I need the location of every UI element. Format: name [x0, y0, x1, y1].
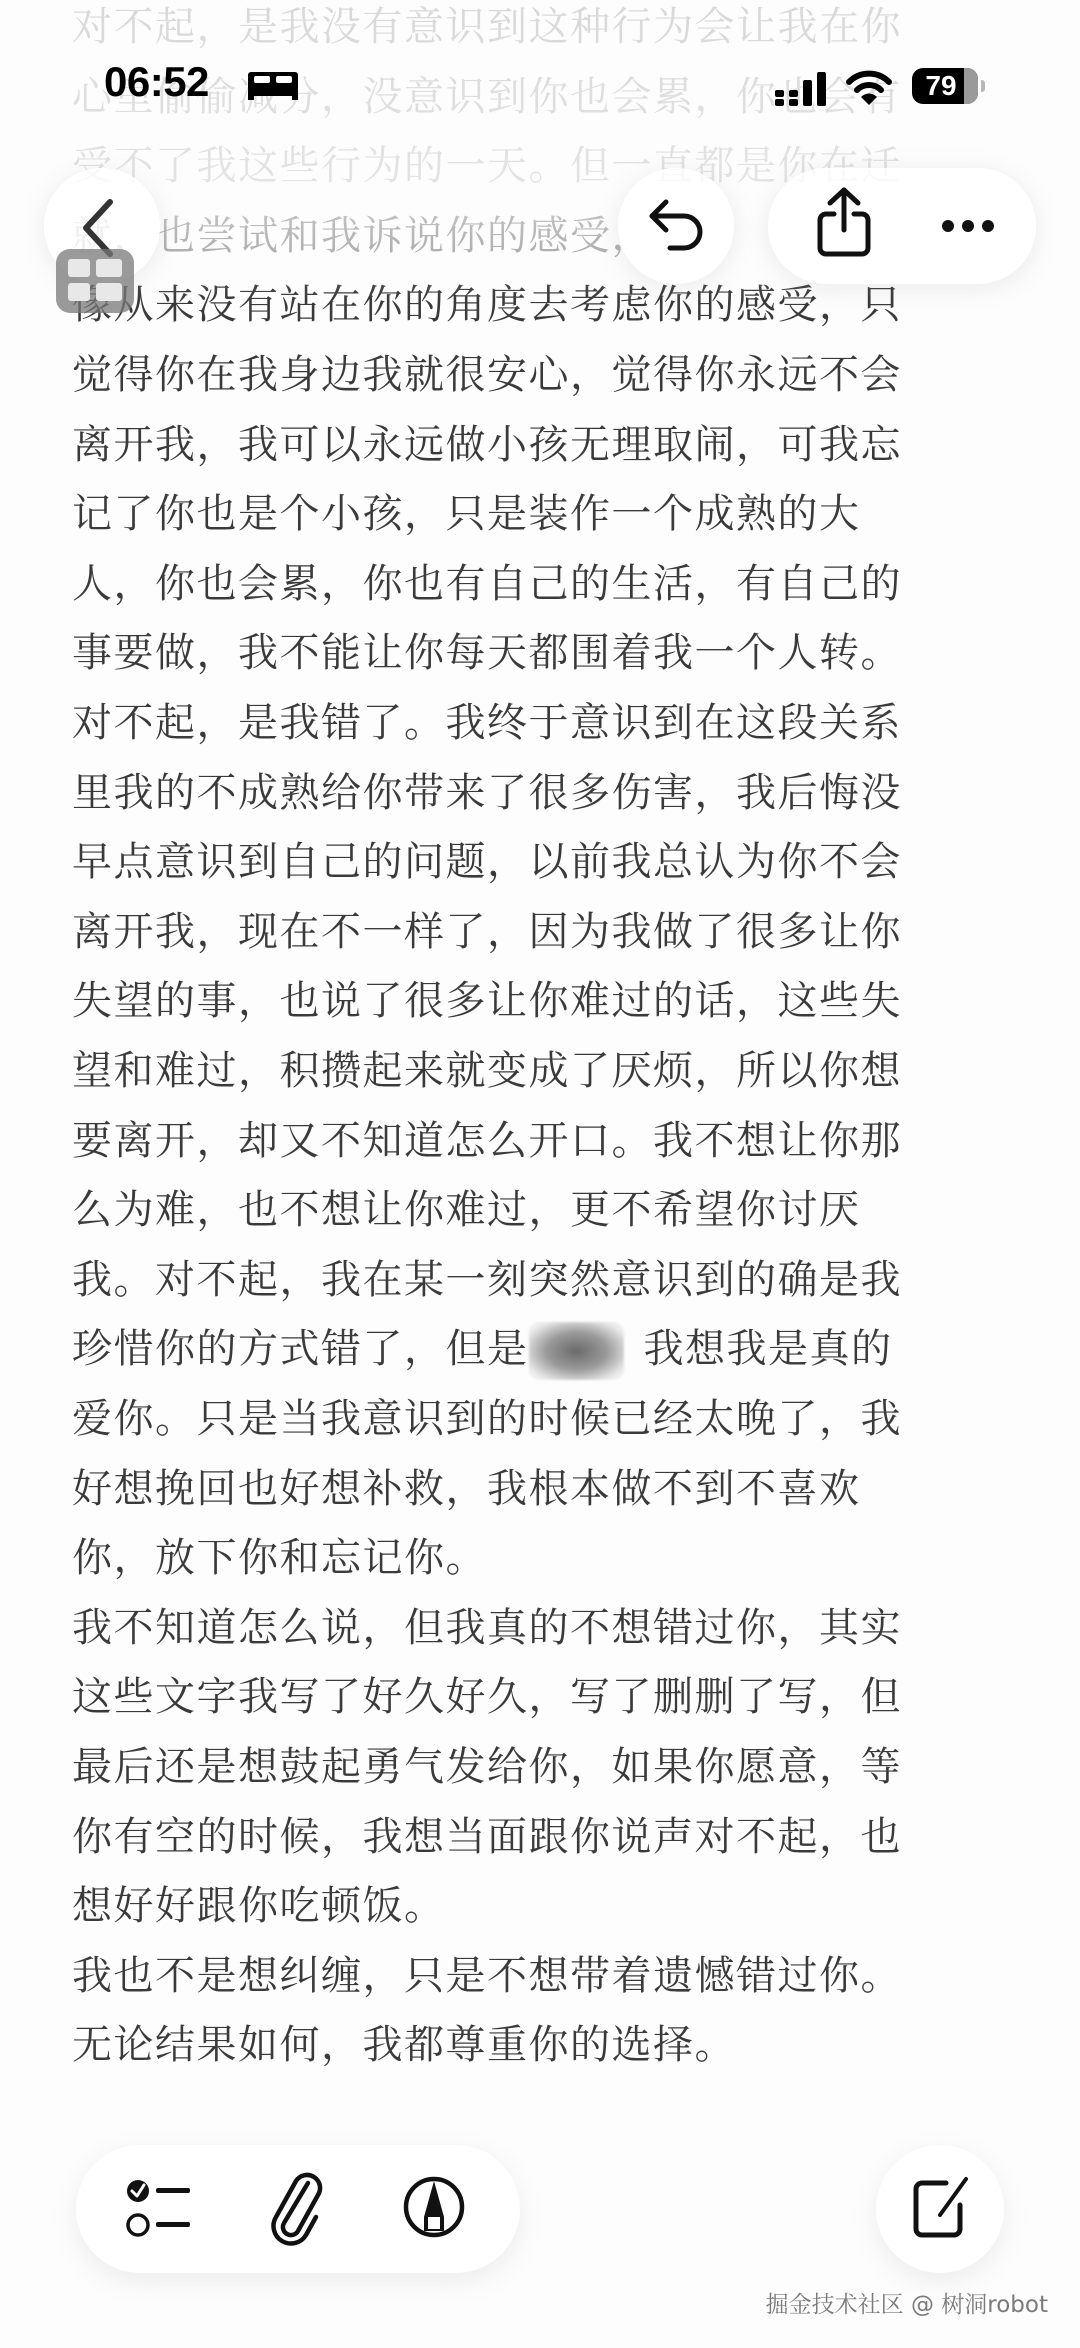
note-line-text: 好想挽回也好想补救，我根本做不到不喜欢	[72, 1466, 861, 1512]
compose-button[interactable]	[876, 2145, 1004, 2273]
note-line-text: 想好好跟你吃顿饭。	[72, 1883, 446, 1929]
battery-level: 79	[925, 70, 956, 101]
note-line-text: 无论结果如何，我都尊重你的选择。	[72, 2022, 736, 2068]
battery-tip	[981, 80, 985, 92]
note-line-text: 人，你也会累，你也有自己的生活，有自己的	[72, 561, 902, 607]
note-line: 爱你。只是当我意识到的时候已经太晚了，我	[72, 1384, 902, 1454]
note-line: 好想挽回也好想补救，我根本做不到不喜欢	[72, 1454, 861, 1524]
checklist-button[interactable]	[96, 2169, 206, 2249]
note-line-text: 早点意识到自己的问题，以前我总认为你不会	[72, 839, 902, 885]
note-line: 最后还是想鼓起勇气发给你，如果你愿意，等	[72, 1732, 902, 1802]
note-line-text: 我。对不起，我在某一刻突然意识到的确是我	[72, 1257, 902, 1303]
note-line-text: 么为难，也不想让你难过，更不希望你讨厌	[72, 1187, 861, 1233]
battery-indicator: 79	[912, 68, 978, 104]
note-line: 离开我，我可以永远做小孩无理取闹，可我忘	[72, 410, 902, 480]
floating-window-badge[interactable]	[56, 249, 134, 313]
note-line-text: 望和难过，积攒起来就变成了厌烦，所以你想	[72, 1048, 902, 1094]
note-line: 你，放下你和忘记你。	[72, 1523, 487, 1593]
note-line: 对不起，是我错了。我终于意识到在这段关系	[72, 688, 902, 758]
watermark: 掘金技术社区 @ 树洞robot	[766, 2286, 1048, 2319]
note-line: 你有空的时候，我想当面跟你说声对不起，也	[72, 1802, 902, 1872]
note-line: 我也不是想纠缠，只是不想带着遗憾错过你。	[72, 1941, 902, 2011]
share-icon	[816, 186, 872, 258]
status-bar: 06:52 79	[0, 58, 1080, 118]
note-line-text: 最后还是想鼓起勇气发给你，如果你愿意，等	[72, 1744, 902, 1790]
note-line: 我不知道怎么说，但我真的不想错过你，其实	[72, 1593, 902, 1663]
undo-button[interactable]	[618, 168, 734, 284]
note-line: 早点意识到自己的问题，以前我总认为你不会	[72, 827, 902, 897]
paperclip-icon	[268, 2171, 324, 2247]
note-line-text: 里我的不成熟给你带来了很多伤害，我后悔没	[72, 770, 902, 816]
note-line-text: 受不了我这些行为的一天。但一直都是你在迁	[72, 143, 902, 189]
note-line: 里我的不成熟给你带来了很多伤害，我后悔没	[72, 758, 902, 828]
pen-markup-icon	[402, 2173, 466, 2241]
note-line: 失望的事，也说了很多让你难过的话，这些失	[72, 966, 902, 1036]
note-line-text: 爱你。只是当我意识到的时候已经太晚了，我	[72, 1396, 902, 1442]
note-line: 对不起，是我没有意识到这种行为会让我在你	[72, 0, 902, 62]
note-line: 这些文字我写了好久好久，写了删删了写，但	[72, 1662, 902, 1732]
note-line: 记了你也是个小孩，只是装作一个成熟的大	[72, 479, 861, 549]
note-line-text: 珍惜你的方式错了，但是	[72, 1326, 529, 1372]
note-line-text: 离开我，现在不一样了，因为我做了很多让你	[72, 909, 902, 955]
note-line-text-after: 我想我是真的	[644, 1326, 893, 1372]
note-line-text: 离开我，我可以永远做小孩无理取闹，可我忘	[72, 422, 902, 468]
note-line-text: 事要做，我不能让你每天都围着我一个人转。	[72, 630, 902, 676]
undo-arrow-icon	[648, 196, 706, 256]
note-line: 要离开，却又不知道怎么开口。我不想让你那	[72, 1106, 902, 1176]
note-line-text: 像从来没有站在你的角度去考虑你的感受，只	[72, 282, 902, 328]
note-line-text: 对不起，是我没有意识到这种行为会让我在你	[72, 4, 902, 50]
bottom-toolbar	[76, 2145, 520, 2273]
note-line-text: 你，放下你和忘记你。	[72, 1535, 487, 1581]
note-line-text: 对不起，是我错了。我终于意识到在这段关系	[72, 700, 902, 746]
note-line: 珍惜你的方式错了，但是我想我是真的	[72, 1314, 893, 1384]
compose-icon	[910, 2175, 972, 2241]
status-time: 06:52	[104, 58, 209, 106]
note-line: 离开我，现在不一样了，因为我做了很多让你	[72, 897, 902, 967]
note-line: 望和难过，积攒起来就变成了厌烦，所以你想	[72, 1036, 902, 1106]
redacted-text	[529, 1322, 624, 1380]
note-line-text: 我也不是想纠缠，只是不想带着遗憾错过你。	[72, 1953, 902, 1999]
bed-icon	[246, 70, 300, 100]
cellular-signal-icon	[775, 72, 831, 106]
note-line: 觉得你在我身边我就很安心，觉得你永远不会	[72, 340, 902, 410]
note-line-text: 记了你也是个小孩，只是装作一个成熟的大	[72, 491, 861, 537]
note-line-text: 你有空的时候，我想当面跟你说声对不起，也	[72, 1814, 902, 1860]
ellipsis-icon	[940, 216, 996, 236]
note-line: 无论结果如何，我都尊重你的选择。	[72, 2010, 736, 2080]
more-button[interactable]	[918, 182, 1018, 270]
checklist-icon	[126, 2177, 196, 2241]
share-button[interactable]	[790, 182, 890, 270]
note-line-text: 失望的事，也说了很多让你难过的话，这些失	[72, 978, 902, 1024]
note-line-text: 觉得你在我身边我就很安心，觉得你永远不会	[72, 352, 902, 398]
note-line: 我。对不起，我在某一刻突然意识到的确是我	[72, 1245, 902, 1315]
markup-button[interactable]	[376, 2169, 486, 2249]
header-action-group	[768, 168, 1036, 284]
attachment-button[interactable]	[246, 2169, 346, 2249]
note-line-text: 我不知道怎么说，但我真的不想错过你，其实	[72, 1605, 902, 1651]
note-line-text: 这些文字我写了好久好久，写了删删了写，但	[72, 1674, 902, 1720]
note-line: 么为难，也不想让你难过，更不希望你讨厌	[72, 1175, 861, 1245]
note-line-text: 要离开，却又不知道怎么开口。我不想让你那	[72, 1118, 902, 1164]
note-line: 受不了我这些行为的一天。但一直都是你在迁	[72, 131, 902, 201]
note-line: 想好好跟你吃顿饭。	[72, 1871, 446, 1941]
note-line: 事要做，我不能让你每天都围着我一个人转。	[72, 618, 902, 688]
note-line: 像从来没有站在你的角度去考虑你的感受，只	[72, 270, 902, 340]
wifi-icon	[845, 70, 893, 106]
note-line: 人，你也会累，你也有自己的生活，有自己的	[72, 549, 902, 619]
